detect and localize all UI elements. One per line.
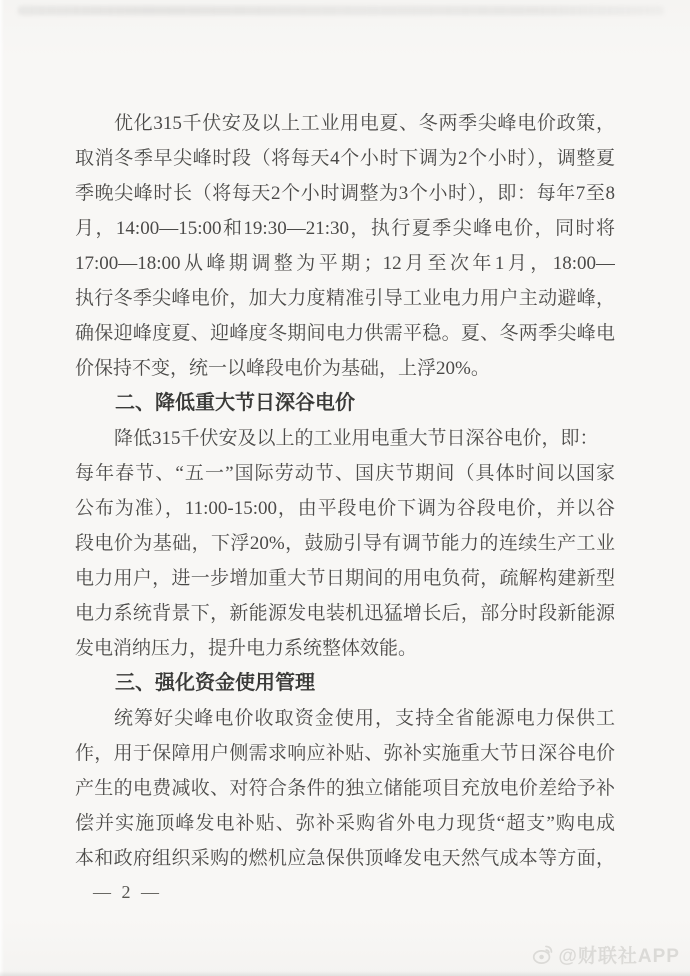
text-line: 段电价为基础，下浮20%，鼓励引导有调节能力的连续生产工业: [75, 526, 615, 561]
scan-edge-shadow-top: [18, 6, 664, 15]
text-line: 电力系统背景下，新能源发电装机迅猛增长后，部分时段新能源: [75, 596, 615, 631]
weibo-logo-icon: [532, 943, 555, 966]
text-line: 17:00—18:00从峰期调整为平期；12月至次年1月，18:00—20:00…: [75, 246, 615, 281]
text-line: 价保持不变，统一以峰段电价为基础，上浮20%。: [75, 351, 615, 386]
text-line: 发电消纳压力，提升电力系统整体效能。: [75, 631, 615, 666]
text-line: 月，14:00—15:00和19:30—21:30，执行夏季尖峰电价，同时将: [75, 211, 615, 246]
text-line: 确保迎峰度夏、迎峰度冬期间电力供需平稳。夏、冬两季尖峰电: [75, 316, 615, 351]
text-line: 执行冬季尖峰电价，加大力度精准引导工业电力用户主动避峰，: [75, 281, 615, 316]
text-line: 取消冬季早尖峰时段（将每天4个小时下调为2个小时），调整夏: [75, 141, 615, 176]
document-body: 优化315千伏安及以上工业用电夏、冬两季尖峰电价政策，取消冬季早尖峰时段（将每天…: [75, 106, 615, 876]
text-line: 作，用于保障用户侧需求响应补贴、弥补实施重大节日深谷电价: [75, 736, 615, 771]
text-line: 产生的电费减收、对符合条件的独立储能项目充放电价差给予补: [75, 771, 615, 806]
section-heading: 三、强化资金使用管理: [75, 666, 615, 701]
text-line: 优化315千伏安及以上工业用电夏、冬两季尖峰电价政策，: [75, 106, 615, 141]
scan-edge-highlight-left: [0, 0, 4, 976]
text-line: 每年春节、“五一”国际劳动节、国庆节期间（具体时间以国家: [75, 456, 615, 491]
text-line: 降低315千伏安及以上的工业用电重大节日深谷电价，即：: [75, 421, 615, 456]
document-page: 优化315千伏安及以上工业用电夏、冬两季尖峰电价政策，取消冬季早尖峰时段（将每天…: [0, 0, 690, 976]
text-line: 偿并实施顶峰发电补贴、弥补采购省外电力现货“超支”购电成: [75, 806, 615, 841]
scan-edge-shadow-bottom: [0, 971, 690, 976]
text-line: 电力用户，进一步增加重大节日期间的用电负荷，疏解构建新型: [75, 561, 615, 596]
page-number: — 2 —: [93, 880, 162, 904]
watermark-label: @财联社APP: [558, 941, 680, 968]
watermark: @财联社APP: [532, 941, 680, 968]
text-line: 季晚尖峰时长（将每天2个小时调整为3个小时），即：每年7至8: [75, 176, 615, 211]
text-line: 公布为准），11:00-15:00，由平段电价下调为谷段电价，并以谷: [75, 491, 615, 526]
section-heading: 二、降低重大节日深谷电价: [75, 386, 615, 421]
text-line: 本和政府组织采购的燃机应急保供顶峰发电天然气成本等方面，: [75, 841, 615, 876]
text-line: 统筹好尖峰电价收取资金使用，支持全省能源电力保供工: [75, 701, 615, 736]
